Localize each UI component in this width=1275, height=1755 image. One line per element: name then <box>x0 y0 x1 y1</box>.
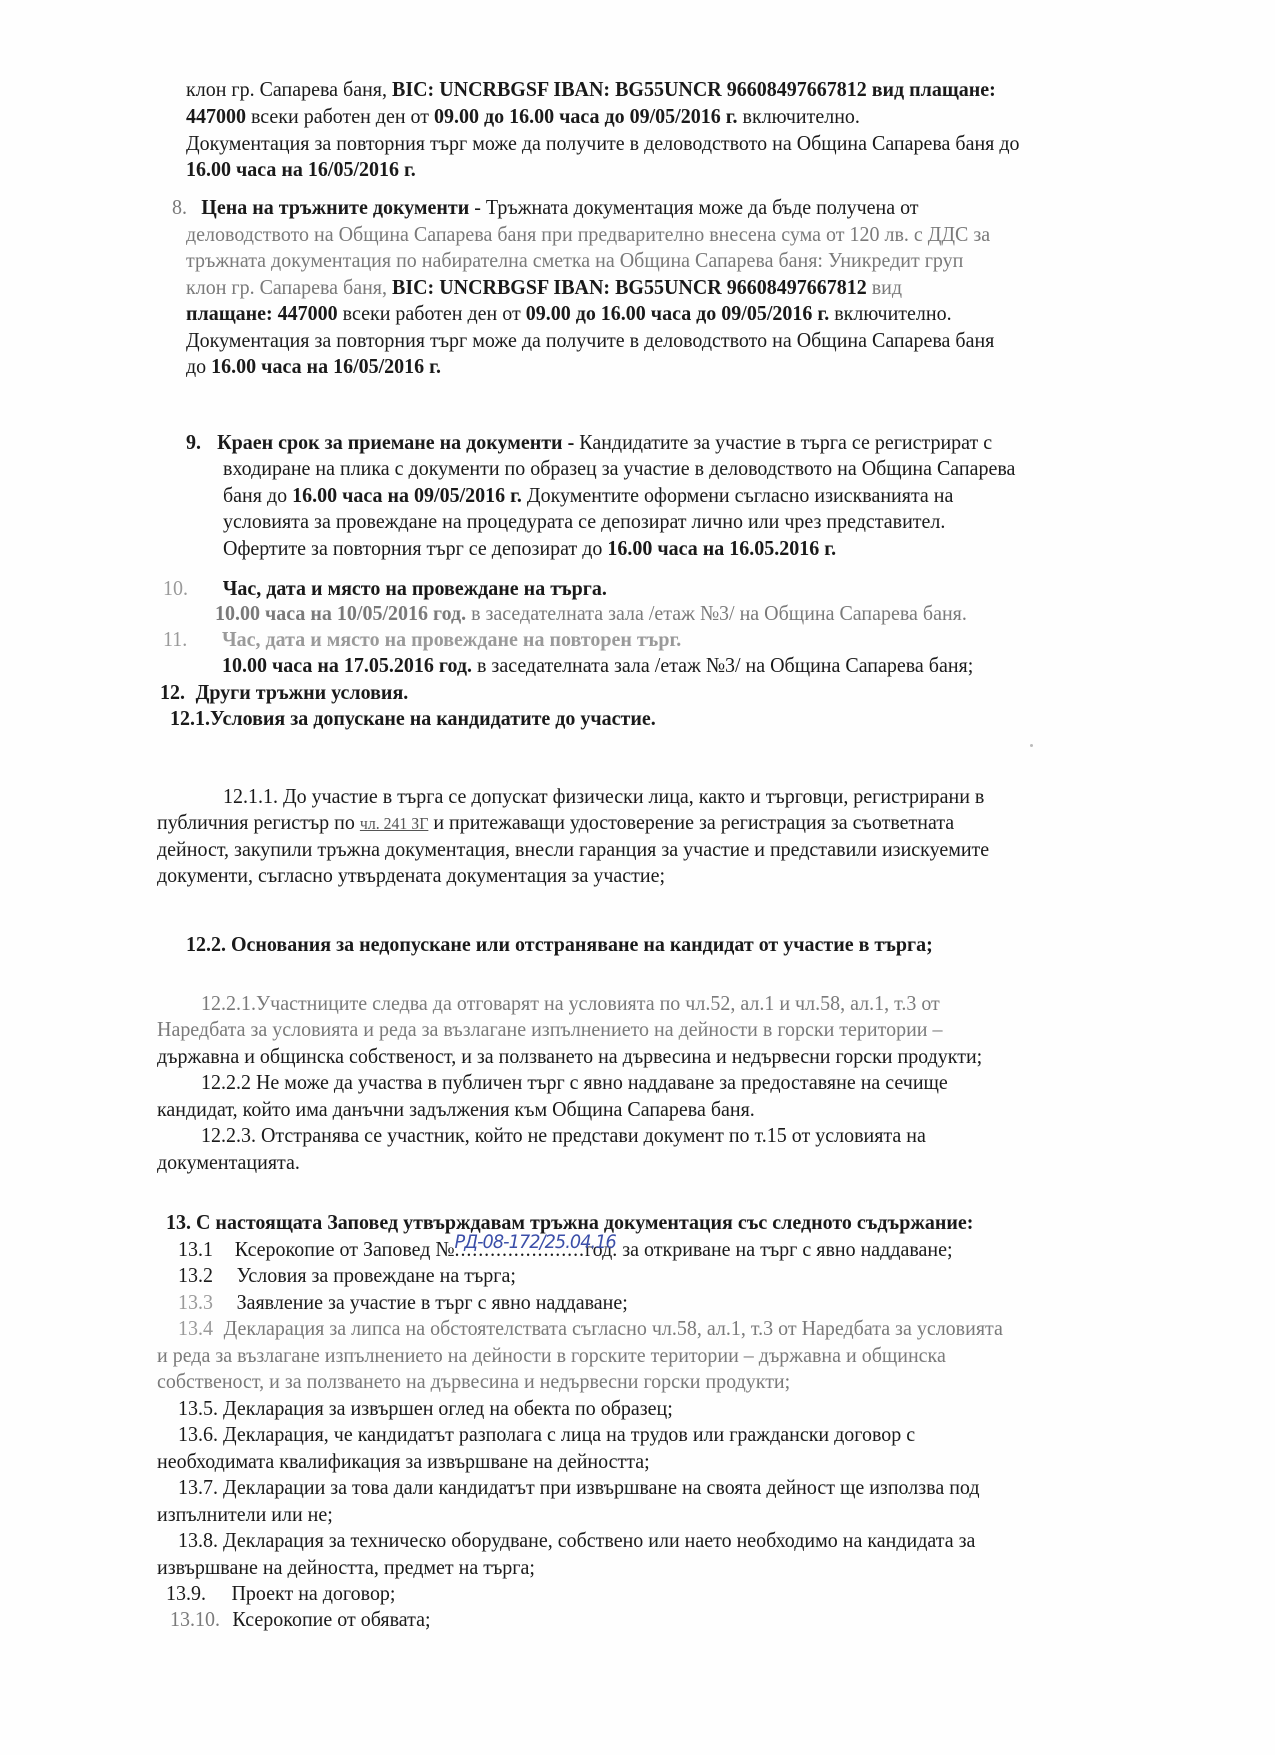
item-number: 13.2 <box>178 1263 213 1287</box>
deadline: до 09/05/2016 г. <box>600 104 738 128</box>
deadline: 09.00 до 16.00 часа до 09/05/2016 г. <box>526 301 829 325</box>
item11-line-1: 11. Час, дата и място на провеждане на п… <box>163 626 681 652</box>
item-title: Цена на тръжните документи <box>201 195 469 219</box>
law-reference-link[interactable]: чл. 241 ЗГ <box>360 814 428 833</box>
text: Ксерокопие от обявата; <box>232 1607 430 1631</box>
text: баня до <box>223 483 292 507</box>
section-12-1-1-line-1: 12.1.1. До участие в търга се допускат ф… <box>223 783 984 809</box>
item8-line-6: Документация за повторния търг може да п… <box>186 327 994 353</box>
item8-line-4: клон гр. Сапарева баня, BIC: UNCRBGSF IB… <box>186 274 902 300</box>
scan-speck <box>1030 744 1033 747</box>
item-number: 13.9. <box>166 1581 206 1605</box>
text: включително. <box>829 301 951 325</box>
venue: в заседателната зала /етаж №3/ на Община… <box>466 601 967 625</box>
item-number: 13.3 <box>178 1290 213 1314</box>
bank-details: BIC: UNCRBGSF IBAN: BG55UNCR 96608497667… <box>392 275 867 299</box>
item10-line-1: 10. Час, дата и място на провеждане на т… <box>163 575 607 601</box>
top-line-1: клон гр. Сапарева баня, BIC: UNCRBGSF IB… <box>186 76 996 102</box>
section-12-2-2-line-1: 12.2.2 Не може да участва в публичен тър… <box>201 1069 948 1095</box>
item-title: Час, дата и място на провеждане на търга… <box>223 576 607 600</box>
text: клон гр. Сапарева баня, <box>186 275 392 299</box>
text: всеки работен ден от <box>246 104 434 128</box>
item8-line-5: плащане: 447000 всеки работен ден от 09.… <box>186 300 952 326</box>
date-time: 10.00 часа на 10/05/2016 год. <box>215 601 466 625</box>
top-line-3: Документация за повторния търг може да п… <box>186 130 1020 156</box>
section-title: 12.2. Основания за недопускане или отстр… <box>186 932 933 956</box>
scanned-document-page: клон гр. Сапарева баня, BIC: UNCRBGSF IB… <box>0 0 1275 1755</box>
text: всеки работен ден от <box>338 301 526 325</box>
deadline: 16.00 часа на 16/05/2016 г. <box>211 354 441 378</box>
item-number: 13.4 <box>178 1316 213 1340</box>
text: Условия за провеждане на търга; <box>237 1263 516 1287</box>
item9-line-3: баня до 16.00 часа на 09/05/2016 г. Доку… <box>223 482 953 508</box>
item-title: Други тръжни условия. <box>196 680 409 704</box>
text: Документите оформени съгласно изисквания… <box>522 483 953 507</box>
item8-line-1: 8. Цена на тръжните документи - Тръжната… <box>172 194 919 220</box>
item13-6-line-1: 13.6. Декларация, че кандидатът разполаг… <box>178 1421 915 1447</box>
top-line-4: 16.00 часа на 16/05/2016 г. <box>186 156 416 182</box>
item13-9: 13.9. Проект на договор; <box>166 1580 395 1606</box>
deadline: 16.00 часа на 16.05.2016 г. <box>607 536 836 560</box>
text: год. за откриване на търг с явно наддава… <box>585 1237 953 1261</box>
item-number: 12. <box>160 680 185 704</box>
section-12-2-1-line-3: държавна и общинска собственост, и за по… <box>157 1043 982 1069</box>
date-time: 10.00 часа на 17.05.2016 год. <box>222 653 472 677</box>
item-number: 8. <box>172 195 187 219</box>
item9-line-1: 9. Краен срок за приемане на документи -… <box>186 429 992 455</box>
item13-10: 13.10. Ксерокопие от обявата; <box>170 1606 431 1632</box>
deadline: 16.00 часа на 09/05/2016 г. <box>292 483 522 507</box>
section-12-2-1-line-2: Наредбата за условията и реда за възлага… <box>157 1016 942 1042</box>
item10-line-2: 10.00 часа на 10/05/2016 год. в заседате… <box>215 600 967 626</box>
text: Декларация за липса на обстоятелствата с… <box>224 1316 1003 1340</box>
section-12-2-2-line-2: кандидат, който има данъчни задължения к… <box>157 1096 755 1122</box>
text: вид <box>867 275 902 299</box>
section-12-2-3-line-2: документацията. <box>157 1149 300 1175</box>
section-12-1-title: 12.1.Условия за допускане на кандидатите… <box>170 705 656 731</box>
item-number: 13.1 <box>178 1237 213 1261</box>
venue: в заседателната зала /етаж №3/ на Община… <box>472 653 973 677</box>
text: Офертите за повторния търг се депозират … <box>223 536 607 560</box>
item13-7-line-1: 13.7. Декларации за това дали кандидатът… <box>178 1474 980 1500</box>
section-12-1-1-line-4: документи, съгласно утвърдената документ… <box>157 862 665 888</box>
item13-8-line-1: 13.8. Декларация за техническо оборудван… <box>178 1527 975 1553</box>
item13-8-line-2: извършване на дейността, предмет на търг… <box>157 1554 535 1580</box>
item12-title: 12. Други тръжни условия. <box>160 679 408 705</box>
text: и притежаващи удостоверение за регистрац… <box>428 810 954 834</box>
text: до <box>186 354 211 378</box>
text: публичния регистър по <box>157 810 360 834</box>
item-number: 11. <box>163 627 187 651</box>
item13-4-line-3: собственост, и за ползването на дървесин… <box>157 1368 790 1394</box>
order-number-field: ......................РД-08-172/25.04.16 <box>455 1237 585 1261</box>
item13-4-line-1: 13.4 Декларация за липса на обстоятелств… <box>178 1315 1003 1341</box>
section-12-2-3-line-1: 12.2.3. Отстранява се участник, който не… <box>201 1122 926 1148</box>
payment-code: плащане: 447000 <box>186 301 338 325</box>
item9-line-4: условията за провеждане на процедурата с… <box>223 508 945 534</box>
item-title: Краен срок за приемане на документи - <box>217 430 574 454</box>
text: Кандидатите за участие в търга се регист… <box>574 430 992 454</box>
item9-line-5: Офертите за повторния търг се депозират … <box>223 535 836 561</box>
item-title: Час, дата и място на провеждане на повто… <box>222 627 681 651</box>
text: клон гр. Сапарева баня, <box>186 77 392 101</box>
item13-4-line-2: и реда за възлагане изпълнението на дейн… <box>157 1342 946 1368</box>
bank-details: BIC: UNCRBGSF IBAN: BG55UNCR 96608497667… <box>392 77 996 101</box>
item8-line-3: тръжната документация по набирателна сме… <box>186 247 963 273</box>
text: Заявление за участие в търг с явно надда… <box>237 1290 628 1314</box>
handwritten-order-number: РД-08-172/25.04.16 <box>455 1229 616 1255</box>
item13-7-line-2: изпълнители или не; <box>157 1501 333 1527</box>
item13-2: 13.2 Условия за провеждане на търга; <box>178 1262 516 1288</box>
top-line-2: 447000 всеки работен ден от 09.00 до 16.… <box>186 103 860 129</box>
item-number: 10. <box>163 576 188 600</box>
text: Ксерокопие от Заповед № <box>235 1237 455 1261</box>
section-12-2-title: 12.2. Основания за недопускане или отстр… <box>186 931 933 957</box>
item9-line-2: входиране на плика с документи по образе… <box>223 455 1015 481</box>
item13-1: 13.1 Ксерокопие от Заповед №............… <box>178 1236 953 1262</box>
section-12-2-1-line-1: 12.2.1.Участниците следва да отговарят н… <box>201 990 940 1016</box>
item8-line-2: деловодството на Община Сапарева баня пр… <box>186 221 990 247</box>
hours: 09.00 до 16.00 часа <box>434 104 599 128</box>
item-number: 9. <box>186 430 201 454</box>
text: Проект на договор; <box>231 1581 395 1605</box>
item11-line-2: 10.00 часа на 17.05.2016 год. в заседате… <box>222 652 973 678</box>
item13-3: 13.3 Заявление за участие в търг с явно … <box>178 1289 628 1315</box>
item8-line-7: до 16.00 часа на 16/05/2016 г. <box>186 353 441 379</box>
item13-6-line-2: необходимата квалификация за извършване … <box>157 1448 650 1474</box>
item-number: 13.10. <box>170 1607 220 1631</box>
text: включително. <box>738 104 860 128</box>
section-12-1-1-line-3: дейност, закупили тръжна документация, в… <box>157 836 989 862</box>
text: - Тръжната документация може да бъде пол… <box>469 195 918 219</box>
payment-code: 447000 <box>186 104 246 128</box>
section-12-1-1-line-2: публичния регистър по чл. 241 ЗГ и прите… <box>157 809 954 837</box>
item13-5: 13.5. Декларация за извършен оглед на об… <box>178 1395 673 1421</box>
